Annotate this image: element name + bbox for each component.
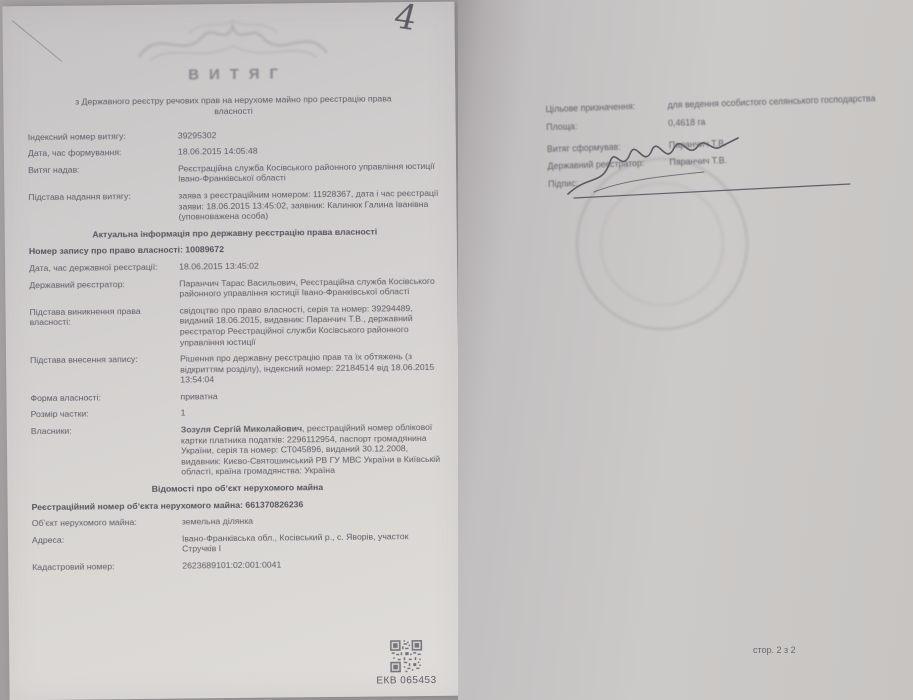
field-value: для ведення особистого селянського госпо… bbox=[667, 92, 902, 111]
document-photo: 4 ВИТЯГ з Державного реєстру речових пра… bbox=[0, 0, 913, 700]
field-label: Індексний номер витягу: bbox=[28, 130, 178, 142]
field-value: Реєстраційна служба Косівського районног… bbox=[178, 161, 440, 185]
field-value: Паранчич Т.В. bbox=[669, 150, 904, 169]
field-row: Кадастровий номер: 2623689101:02:001:004… bbox=[32, 558, 444, 573]
right-page-content: Цільове призначення: для ведення особист… bbox=[458, 0, 913, 700]
field-row: Підстава надання витягу: заява з реєстра… bbox=[28, 188, 440, 224]
field-value: Паранчич Т.В. bbox=[669, 132, 904, 151]
field-label: Площа: bbox=[546, 118, 668, 133]
field-row: Підстава внесення запису: Рішення про де… bbox=[30, 351, 442, 387]
field-value: 39295302 bbox=[178, 127, 440, 140]
field-value bbox=[670, 167, 905, 186]
emblem-watermark bbox=[126, 15, 339, 67]
field-row: Форма власності: приватна bbox=[30, 389, 442, 404]
right-page: Цільове призначення: для ведення особист… bbox=[458, 0, 913, 700]
field-label: Адреса: bbox=[32, 533, 182, 556]
field-label: Державний реєстратор: bbox=[29, 278, 179, 301]
field-value: земельна ділянка bbox=[182, 514, 444, 527]
field-label: Форма власності: bbox=[30, 391, 180, 403]
field-label: Витяг надав: bbox=[28, 163, 178, 186]
field-label: Дата, час формування: bbox=[28, 147, 178, 159]
field-value: Зозуля Сергій Миколайович, реєстраційний… bbox=[181, 422, 444, 478]
field-value: Івано-Франківська обл., Косівський р., с… bbox=[182, 531, 444, 555]
document-subtitle: з Державного реєстру речових прав на нер… bbox=[67, 93, 399, 119]
left-page-content: ВИТЯГ з Державного реєстру речових прав … bbox=[2, 2, 461, 700]
qr-block: ЕКВ 065453 bbox=[361, 640, 451, 687]
field-label: Розмір частки: bbox=[31, 408, 181, 420]
left-page: 4 ВИТЯГ з Державного реєстру речових пра… bbox=[2, 2, 461, 700]
field-label: Підстава внесення запису: bbox=[30, 354, 180, 387]
field-value: Паранчич Тарас Васильович, Реєстраційна … bbox=[179, 275, 441, 299]
field-label: Власники: bbox=[31, 425, 182, 480]
field-row: Дата, час державної реєстрації: 18.06.20… bbox=[29, 259, 441, 274]
field-row: Витяг надав: Реєстраційна служба Косівсь… bbox=[28, 161, 440, 187]
field-value: Рішення про державну реєстрацію прав та … bbox=[180, 351, 442, 386]
field-row: Площа: 0,4618 га bbox=[546, 110, 903, 133]
field-value: заява з реєстраційним номером: 11928367,… bbox=[178, 188, 440, 223]
field-row: Дата, час формування: 18.06.2015 14:05:4… bbox=[28, 144, 440, 159]
record-number-line: Номер запису про право власності: 100896… bbox=[29, 242, 441, 257]
field-row: Підстава виникнення права власності: сві… bbox=[30, 303, 442, 350]
field-value: 18.06.2015 14:05:48 bbox=[178, 144, 440, 157]
object-number-line: Реєстраційний номер обʼєкта нерухомого м… bbox=[32, 497, 444, 512]
field-label: Цільове призначення: bbox=[545, 100, 667, 115]
field-label: Обʼєкт нерухомого майна: bbox=[32, 517, 182, 529]
field-value: 0,4618 га bbox=[668, 110, 903, 129]
field-value: 2623689101:02:001:0041 bbox=[182, 558, 444, 571]
field-label: Підстава надання витягу: bbox=[28, 191, 178, 224]
owners-row: Власники: Зозуля Сергій Миколайович, реє… bbox=[31, 422, 444, 479]
field-label: Підстава виникнення права власності: bbox=[30, 305, 180, 349]
field-row: Обʼєкт нерухомого майна: земельна ділянк… bbox=[32, 514, 444, 529]
field-label: Витяг сформував: bbox=[547, 140, 669, 155]
field-value: 1 bbox=[181, 405, 443, 418]
field-row: Розмір частки: 1 bbox=[31, 405, 443, 420]
field-row: Підпис: bbox=[548, 167, 905, 190]
field-label: Кадастровий номер: bbox=[32, 561, 182, 573]
field-label: Державний реєстратор: bbox=[547, 157, 669, 172]
field-value: приватна bbox=[180, 389, 442, 402]
section-heading: Актуальна інформація про державну реєстр… bbox=[29, 226, 441, 241]
qr-serial: ЕКВ 065453 bbox=[361, 675, 451, 687]
field-value: свідоцтво про право власності, серія та … bbox=[180, 303, 442, 348]
document-title: ВИТЯГ bbox=[37, 68, 439, 83]
field-row: Адреса: Івано-Франківська обл., Косівськ… bbox=[32, 531, 444, 557]
page-footer: стор. 2 з 2 bbox=[753, 645, 796, 655]
field-label: Дата, час державної реєстрації: bbox=[29, 261, 179, 273]
owner-name: Зозуля Сергій Миколайович bbox=[181, 423, 302, 434]
field-row: Індексний номер витягу: 39295302 bbox=[28, 127, 440, 142]
field-label: Підпис: bbox=[548, 175, 670, 190]
field-value: 18.06.2015 13:45:02 bbox=[179, 259, 441, 272]
field-row: Державний реєстратор: Паранчич Тарас Вас… bbox=[29, 275, 441, 301]
section-heading: Відомості про обʼєкт нерухомого майна bbox=[31, 481, 443, 496]
qr-code bbox=[390, 640, 422, 672]
